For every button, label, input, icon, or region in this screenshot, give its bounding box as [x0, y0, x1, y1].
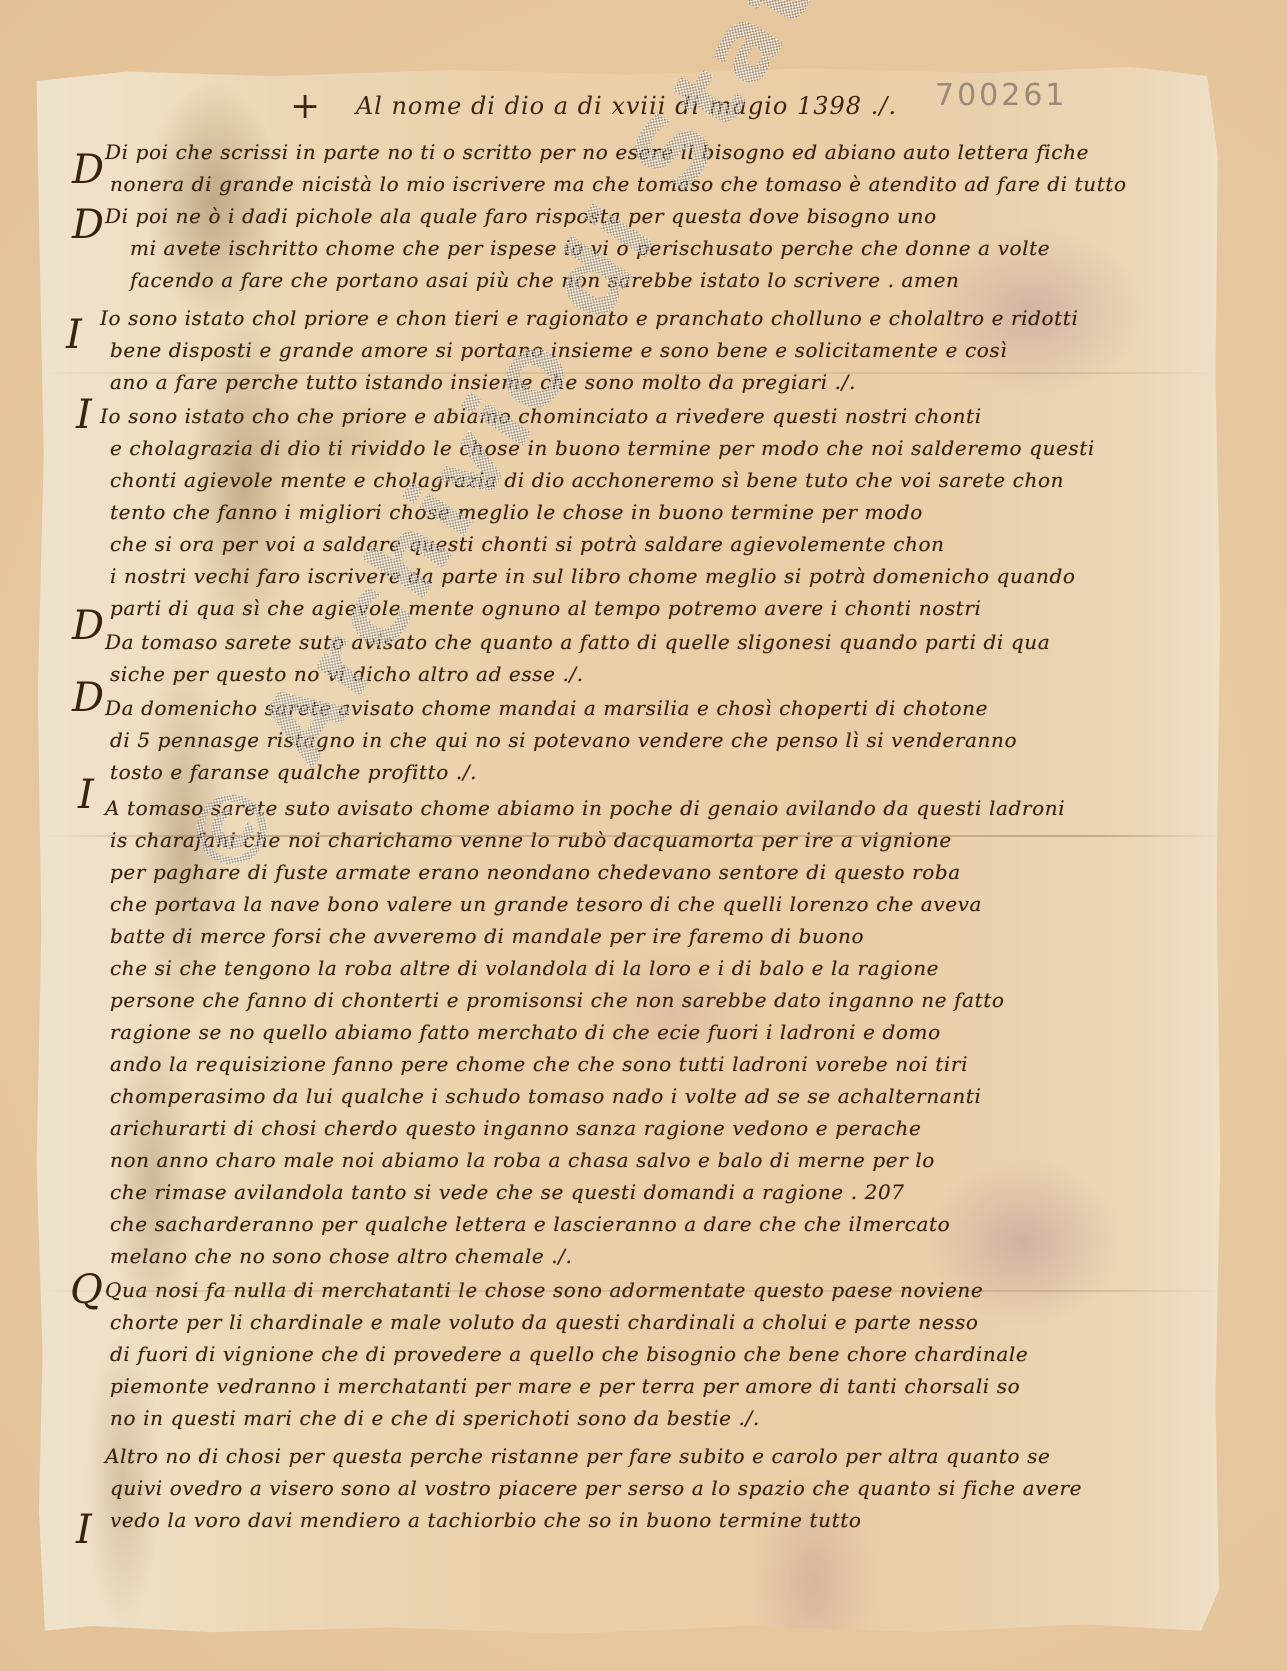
manuscript-line: persone che fanno di chonterti e promiso… — [110, 988, 1005, 1012]
manuscript-line: che si ora per voi a saldare questi chon… — [110, 532, 945, 556]
manuscript-line: quivi ovedro a visero sono al vostro pia… — [110, 1476, 1082, 1500]
manuscript-line: Da tomaso sarete suto avisato che quanto… — [105, 630, 1050, 654]
manuscript-line: i nostri vechi faro iscrivere da parte i… — [110, 564, 1076, 588]
manuscript-line: ando la requisizione fanno pere chome ch… — [110, 1052, 968, 1076]
manuscript-line: Di poi che scrissi in parte no ti o scri… — [105, 140, 1089, 164]
manuscript-line: Da domenicho sarete avisato chome mandai… — [105, 696, 988, 720]
manuscript-line: chomperasimo da lui qualche i schudo tom… — [110, 1084, 981, 1108]
paragraph-mark-icon: I — [78, 775, 94, 815]
manuscript-line: e cholagrazia di dio ti rividdo le chose… — [110, 436, 1095, 460]
paragraph-mark-icon: I — [76, 395, 92, 435]
manuscript-line: melano che no sono chose altro chemale .… — [110, 1244, 573, 1268]
manuscript-line: ragione se no quello abiamo fatto mercha… — [110, 1020, 941, 1044]
manuscript-line: di 5 pennasge ristagno in che qui no si … — [110, 728, 1017, 752]
manuscript-line: bene disposti e grande amore si portano … — [110, 338, 1007, 362]
manuscript-line: piemonte vedranno i merchatanti per mare… — [110, 1374, 1020, 1398]
manuscript-line: di fuori di vignione che di provedere a … — [110, 1342, 1028, 1366]
manuscript-line: non anno charo male noi abiamo la roba a… — [110, 1148, 935, 1172]
paragraph-mark-icon: D — [72, 205, 104, 245]
manuscript-line: batte di merce forsi che avveremo di man… — [110, 924, 864, 948]
manuscript-line: mi avete ischritto chome che per ispese … — [130, 236, 1050, 260]
manuscript-line: A tomaso sarete suto avisato chome abiam… — [105, 796, 1065, 820]
paragraph-mark-icon: D — [72, 150, 104, 190]
manuscript-body: Di poi che scrissi in parte no ti o scri… — [0, 0, 1287, 1671]
manuscript-line: che sacharderanno per qualche lettera e … — [110, 1212, 950, 1236]
manuscript-line: chorte per li chardinale e male voluto d… — [110, 1310, 979, 1334]
manuscript-line: parti di qua sì che agievole mente ognun… — [110, 596, 981, 620]
manuscript-line: tento che fanno i migliori chose meglio … — [110, 500, 923, 524]
paragraph-mark-icon: I — [76, 1510, 92, 1550]
paragraph-mark-icon: Q — [70, 1270, 103, 1310]
manuscript-line: Di poi ne ò i dadi pichole ala quale far… — [105, 204, 937, 228]
manuscript-line: per paghare di fuste armate erano neonda… — [110, 860, 961, 884]
manuscript-line: facendo a fare che portano asai più che … — [130, 268, 960, 292]
paragraph-mark-icon: D — [72, 606, 104, 646]
paragraph-mark-icon: D — [72, 678, 104, 718]
manuscript-line: vedo la voro davi mendiero a tachiorbio … — [110, 1508, 862, 1532]
manuscript-line: chonti agievole mente e cholagrazia di d… — [110, 468, 1064, 492]
manuscript-line: Qua nosi fa nulla di merchatanti le chos… — [105, 1278, 983, 1302]
manuscript-line: che si che tengono la roba altre di vola… — [110, 956, 939, 980]
manuscript-line: nonera di grande nicistà lo mio iscriver… — [110, 172, 1127, 196]
manuscript-line: ano a fare perche tutto istando insieme … — [110, 370, 856, 394]
manuscript-line: siche per questo no vi dicho altro ad es… — [110, 662, 584, 686]
manuscript-line: is charafani che noi charichamo venne lo… — [110, 828, 952, 852]
manuscript-line: arichurarti di chosi cherdo questo ingan… — [110, 1116, 921, 1140]
manuscript-line: che portava la nave bono valere un grand… — [110, 892, 982, 916]
manuscript-line: tosto e faranse qualche profitto ./. — [110, 760, 477, 784]
paragraph-mark-icon: I — [66, 315, 82, 355]
manuscript-line: che rimase avilandola tanto si vede che … — [110, 1180, 905, 1204]
manuscript-line: no in questi mari che di e che di speric… — [110, 1406, 760, 1430]
manuscript-line: Altro no di chosi per questa perche rist… — [105, 1444, 1050, 1468]
manuscript-line: Io sono istato cho che priore e abiamo c… — [100, 404, 982, 428]
manuscript-line: Io sono istato chol priore e chon tieri … — [100, 306, 1078, 330]
